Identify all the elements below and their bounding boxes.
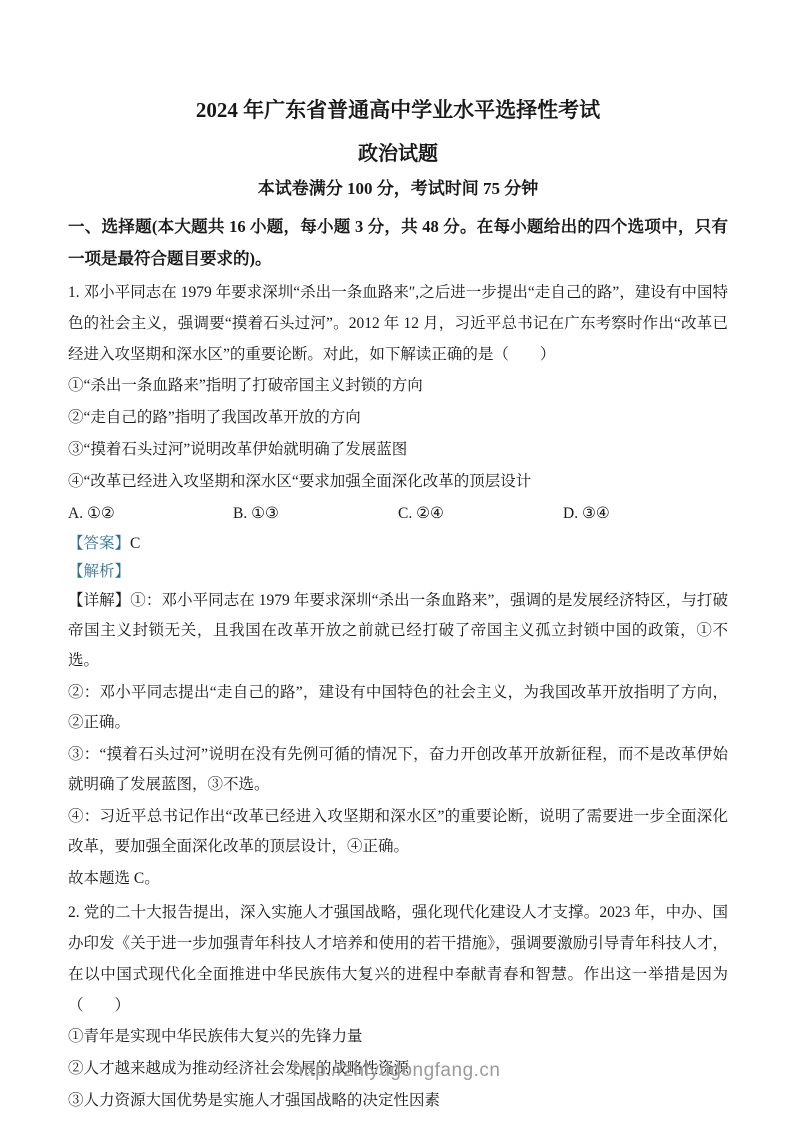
choice-d-label: D. xyxy=(563,505,578,522)
choice-d: D. ③④ xyxy=(563,498,728,529)
question-2-statement-1: ①青年是实现中华民族伟大复兴的先锋力量 xyxy=(68,1021,728,1052)
exam-document: 2024 年广东省普通高中学业水平选择性考试 政治试题 本试卷满分 100 分，… xyxy=(0,0,793,1116)
question-1-choices: A. ①② B. ①③ C. ②④ D. ③④ xyxy=(68,498,728,529)
question-1-stem: 1.邓小平同志在 1979 年要求深圳“杀出一条血路来″,之后进一步提出“走自己… xyxy=(68,277,728,370)
conclusion-line: 故本题选 C。 xyxy=(68,864,728,894)
question-1-statement-3: ③“摸着石头过河”说明改革伊始就明确了发展蓝图 xyxy=(68,434,728,465)
detail-paragraph-2: ②：邓小平同志提出“走自己的路”，建设有中国特色的社会主义，为我国改革开放指明了… xyxy=(68,678,728,738)
question-2-number: 2. xyxy=(68,904,80,921)
question-1-statement-1: ①“杀出一条血路来”指明了打破帝国主义封锁的方向 xyxy=(68,370,728,401)
question-1-number: 1. xyxy=(68,284,80,301)
choice-b-value: ①③ xyxy=(251,505,279,522)
analysis-label: 【解析】 xyxy=(68,563,130,580)
question-2-stem-text: 党的二十大报告提出，深入实施人才强国战略，强化现代化建设人才支撑。2023 年，… xyxy=(68,904,728,1014)
question-2-statement-3: ③人力资源大国优势是实施人才强国战略的决定性因素 xyxy=(68,1085,728,1116)
detail-text-1: ①：邓小平同志在 1979 年要求深圳“杀出一条血路来”，强调的是发展经济特区，… xyxy=(68,592,728,669)
choice-c-value: ②④ xyxy=(416,505,444,522)
detail-paragraph-3: ③：“摸着石头过河”说明在没有先例可循的情况下，奋力开创改革开放新征程，而不是改… xyxy=(68,740,728,800)
question-1-statement-4: ④“改革已经进入攻坚期和深水区“要求加强全面深化改革的顶层设计 xyxy=(68,466,728,497)
question-1: 1.邓小平同志在 1979 年要求深圳“杀出一条血路来″,之后进一步提出“走自己… xyxy=(68,277,728,894)
detail-label: 【详解】 xyxy=(68,592,130,609)
choice-b-label: B. xyxy=(233,505,247,522)
section-header: 一、选择题(本大题共 16 小题，每小题 3 分，共 48 分。在每小题给出的四… xyxy=(68,211,728,275)
choice-d-value: ③④ xyxy=(582,505,610,522)
detail-paragraph-4: ④：习近平总书记作出“改革已经进入攻坚期和深水区”的重要论断，说明了需要进一步全… xyxy=(68,802,728,862)
exam-info-line: 本试卷满分 100 分，考试时间 75 分钟 xyxy=(68,177,728,201)
choice-b: B. ①③ xyxy=(233,498,398,529)
choice-a: A. ①② xyxy=(68,498,233,529)
footer-url-link[interactable]: http://zhiyugongfang.cn xyxy=(293,1060,501,1081)
answer-line: 【答案】C xyxy=(68,530,728,558)
question-1-stem-text: 邓小平同志在 1979 年要求深圳“杀出一条血路来″,之后进一步提出“走自己的路… xyxy=(68,284,728,363)
choice-c: C. ②④ xyxy=(398,498,563,529)
question-1-statement-2: ②“走自己的路”指明了我国改革开放的方向 xyxy=(68,402,728,433)
choice-a-label: A. xyxy=(68,505,83,522)
choice-c-label: C. xyxy=(398,505,412,522)
answer-label: 【答案】 xyxy=(68,535,130,552)
page-subtitle: 政治试题 xyxy=(68,141,728,168)
analysis-line: 【解析】 xyxy=(68,558,728,586)
page-title: 2024 年广东省普通高中学业水平选择性考试 xyxy=(68,96,728,124)
page-footer: http://zhiyugongfang.cn xyxy=(0,1060,793,1082)
detail-paragraph-1: 【详解】①：邓小平同志在 1979 年要求深圳“杀出一条血路来”，强调的是发展经… xyxy=(68,586,728,676)
choice-a-value: ①② xyxy=(87,505,115,522)
answer-value: C xyxy=(130,535,140,552)
question-2-stem: 2.党的二十大报告提出，深入实施人才强国战略，强化现代化建设人才支撑。2023 … xyxy=(68,897,728,1021)
question-2: 2.党的二十大报告提出，深入实施人才强国战略，强化现代化建设人才支撑。2023 … xyxy=(68,897,728,1116)
